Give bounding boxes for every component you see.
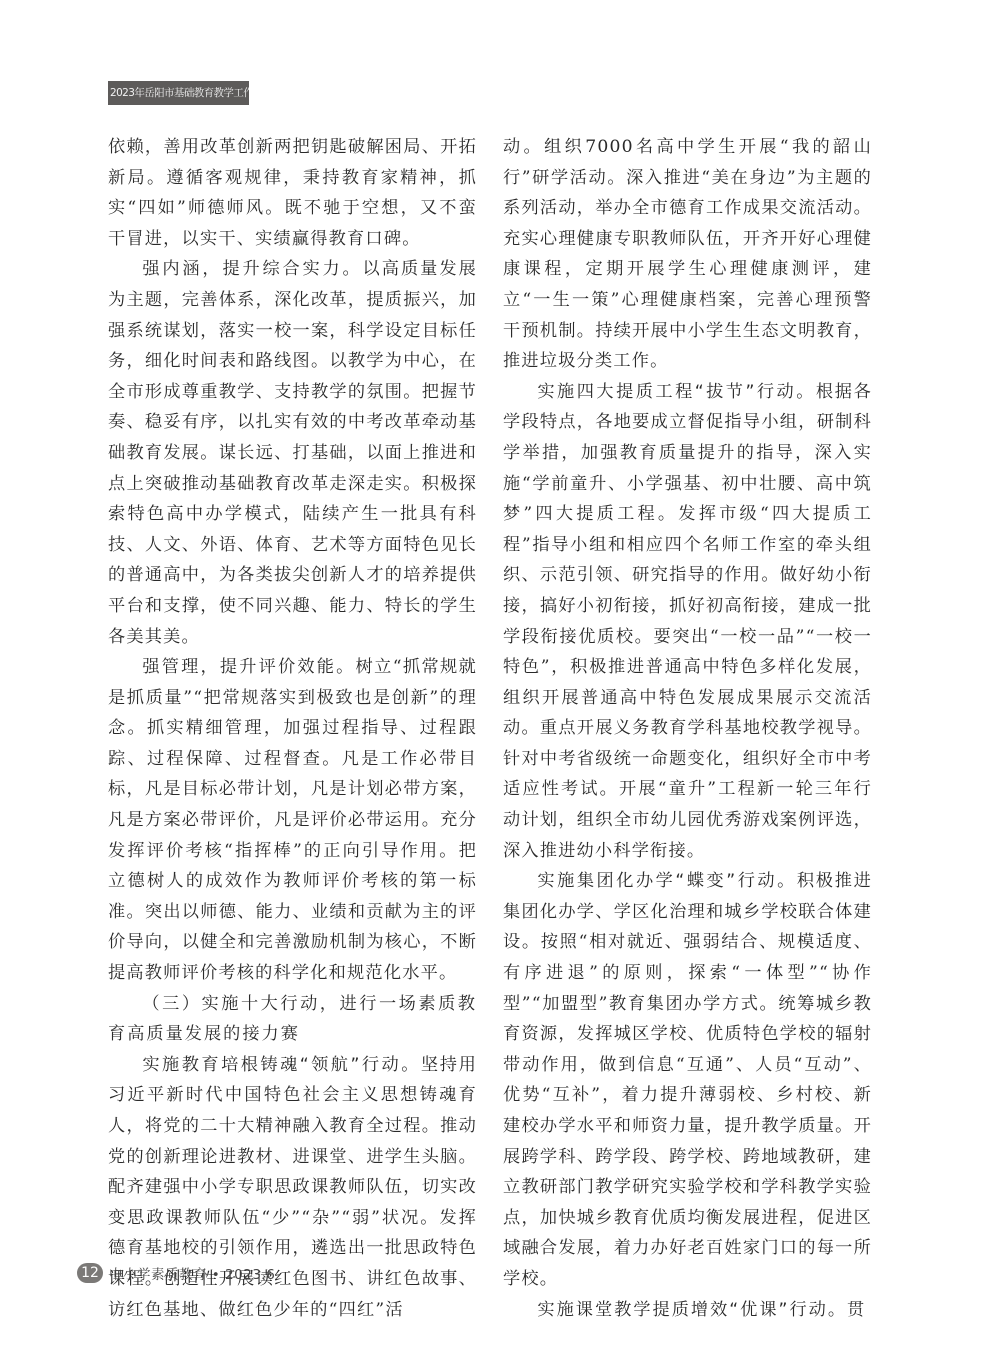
left-column: 依赖，善用改革创新两把钥匙破解困局、开拓新局。遵循客观规律，秉持教育家精神，抓实… bbox=[108, 132, 477, 1325]
paragraph-text: 动。组织7000名高中学生开展“我的韶山行”研学活动。深入推进“美在身边”为主题… bbox=[503, 137, 872, 371]
section-heading-text: （三）实施十大行动，进行一场素质教育高质量发展的接力赛 bbox=[108, 994, 477, 1045]
paragraph-text: 依赖，善用改革创新两把钥匙破解困局、开拓新局。遵循客观规律，秉持教育家精神，抓实… bbox=[108, 137, 477, 249]
paragraph-text: 树立“抓常规就是抓质量”“把常规落实到极致也是创新”的理念。抓实精细管理，加强过… bbox=[108, 657, 477, 983]
paragraph-lead: 强内涵，提升综合实力。 bbox=[142, 259, 362, 279]
paragraph-text: 积极推进集团化办学、学区化治理和城乡学校联合体建设。按照“相对就近、强弱结合、规… bbox=[503, 871, 872, 1289]
journal-name: 中小学素质教育 • 2023.6 bbox=[109, 1263, 275, 1283]
paragraph-text: 以高质量发展为主题，完善体系，深化改革，提质振兴，加强系统谋划，落实一校一案，科… bbox=[108, 259, 477, 646]
paragraph-lead: 实施教育培根铸魂“领航”行动。 bbox=[142, 1055, 420, 1075]
paragraph: 实施课堂教学提质增效“优课”行动。贯 bbox=[503, 1295, 872, 1326]
page-footer: 12 中小学素质教育 • 2023.6 bbox=[77, 1263, 275, 1283]
paragraph: 强管理，提升评价效能。树立“抓常规就是抓质量”“把常规落实到极致也是创新”的理念… bbox=[108, 652, 477, 989]
paragraph: 强内涵，提升综合实力。以高质量发展为主题，完善体系，深化改革，提质振兴，加强系统… bbox=[108, 254, 477, 652]
paragraph: 动。组织7000名高中学生开展“我的韶山行”研学活动。深入推进“美在身边”为主题… bbox=[503, 132, 872, 377]
paragraph-lead: 实施四大提质工程“拔节”行动。 bbox=[537, 382, 815, 402]
page-number-badge: 12 bbox=[77, 1263, 103, 1283]
section-banner: 2023年岳阳市基础教育教学工作会议 bbox=[108, 81, 249, 105]
paragraph: 依赖，善用改革创新两把钥匙破解困局、开拓新局。遵循客观规律，秉持教育家精神，抓实… bbox=[108, 132, 477, 254]
paragraph: 实施四大提质工程“拔节”行动。根据各学段特点，各地要成立督促指导小组，研制科学举… bbox=[503, 377, 872, 867]
paragraph-lead: 实施集团化办学“蝶变”行动。 bbox=[537, 871, 796, 891]
paragraph-lead: 强管理，提升评价效能。 bbox=[142, 657, 355, 677]
paragraph-lead: 实施课堂教学提质增效“优课”行动。 bbox=[537, 1300, 847, 1320]
paragraph: 实施教育培根铸魂“领航”行动。坚持用习近平新时代中国特色社会主义思想铸魂育人，将… bbox=[108, 1050, 477, 1325]
right-column: 动。组织7000名高中学生开展“我的韶山行”研学活动。深入推进“美在身边”为主题… bbox=[503, 132, 872, 1325]
section-heading: （三）实施十大行动，进行一场素质教育高质量发展的接力赛 bbox=[108, 989, 477, 1050]
paragraph-text: 根据各学段特点，各地要成立督促指导小组，研制科学举措，加强教育质量提升的指导，深… bbox=[503, 382, 872, 861]
paragraph: 实施集团化办学“蝶变”行动。积极推进集团化办学、学区化治理和城乡学校联合体建设。… bbox=[503, 866, 872, 1294]
paragraph-text: 贯 bbox=[847, 1300, 865, 1320]
